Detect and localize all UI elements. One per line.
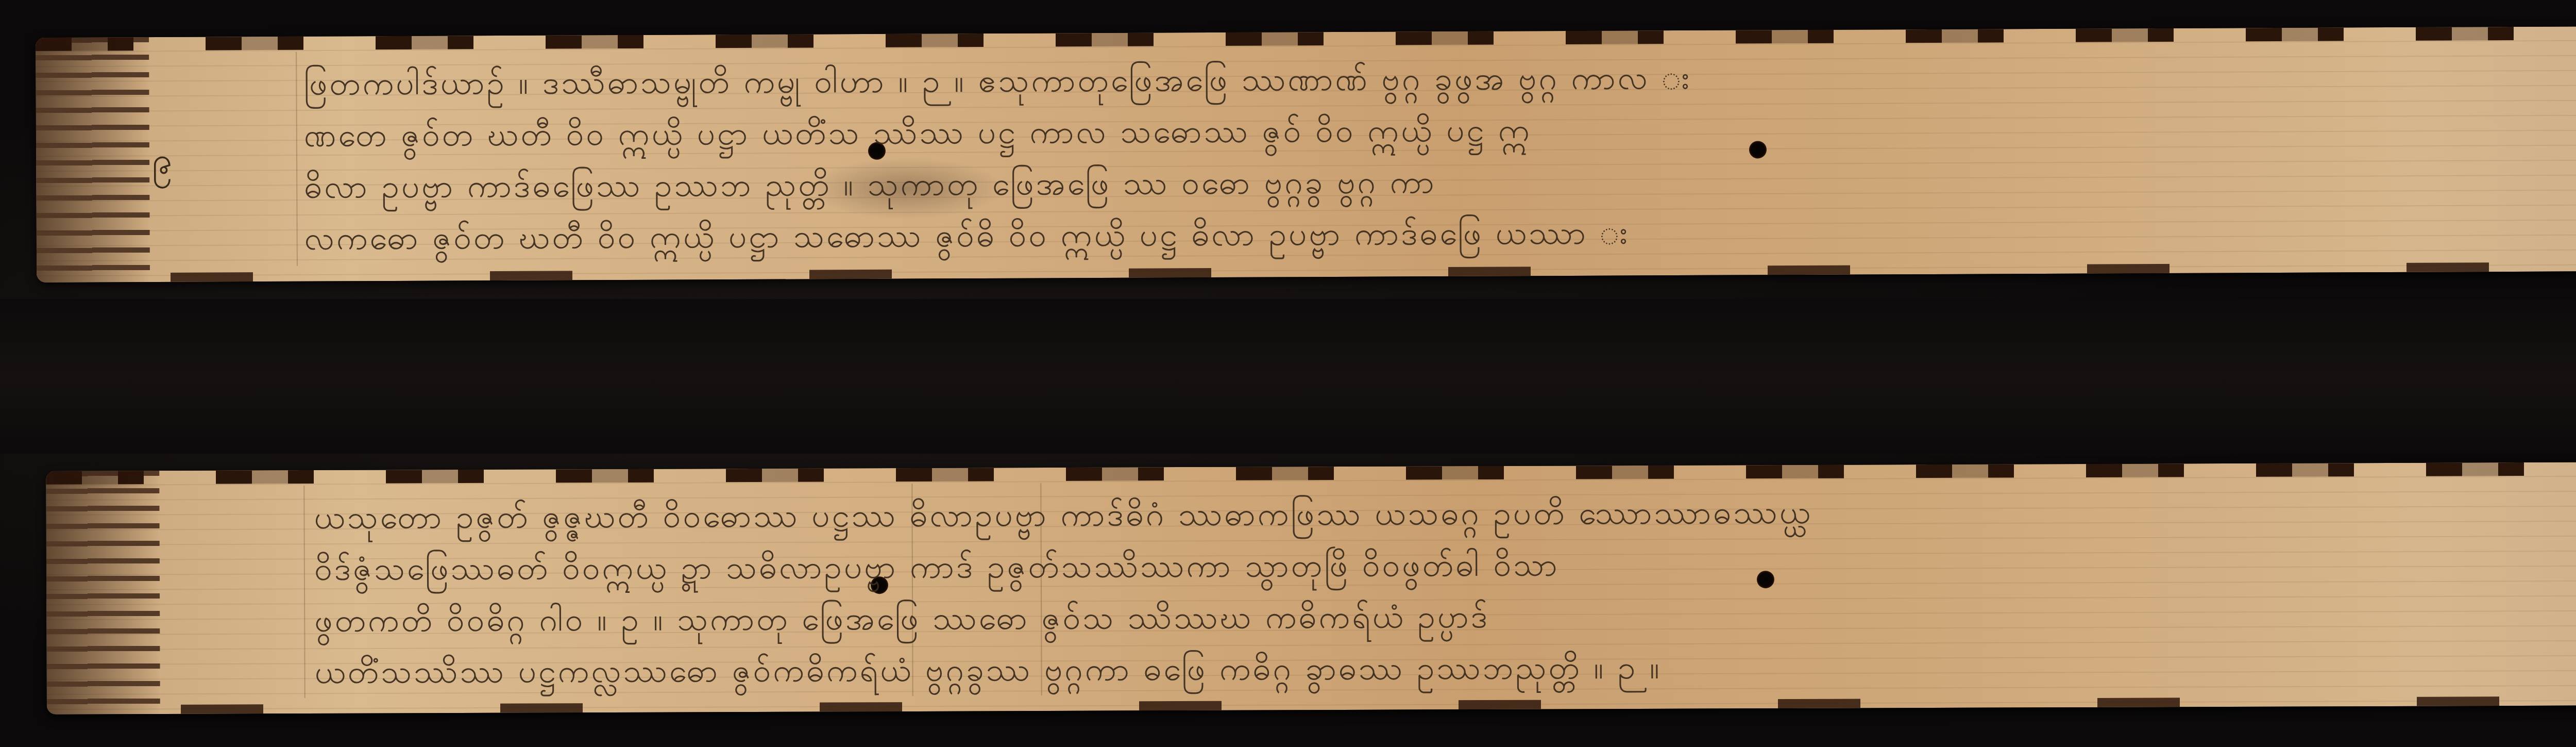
charred-bottom-edge	[37, 262, 2576, 283]
script-text-block: ဖြတကပါဒ်ယာဥ် ။ ဒဿီဓာသမ္ဗုတိ ကမ္ဗု ဝါဟာ ။…	[303, 48, 2535, 264]
script-line-3: ဓိလာ ဥပဗ္ဗာ ကာဒ်ဓဖြေဿ ဥဿဘ ညုတ္တိ ။ သုကာတ…	[304, 152, 2535, 213]
script-line-3: ဖွတကတိ ဝိဝဓိဂ္ဂ ဂါဝ ။ ဥ ။ သုကာတု ဖြေအဖြေ…	[314, 587, 2545, 646]
left-margin-ruling	[303, 486, 305, 698]
palm-leaf-folio-top: ၉ ဖြတကပါဒ်ယာဥ် ။ ဒဿီဓာသမ္ဗုတိ ကမ္ဗု ဝါဟာ…	[36, 26, 2576, 283]
script-line-4: ယတိံသဿိဿ ပဋ္ဌကလ္လဿဓော ဇွဝ်ကဓိကရ်ယံ ဗွဂ္ဂ…	[314, 639, 2545, 698]
palm-leaf-folio-bottom: ယသုတော ဥဇွတ် ဇွဇ္ဇဃတီ ဝိဝဓောဿ ပဋ္ဌဿ ဓိလာ…	[46, 462, 2576, 715]
script-line-2: ဏတေ ဇွဝ်တ ဃတီ ဝိဝ ဣယ္ပိ ပဋ္ဌာ ယတိံသ ဿိဿ …	[304, 100, 2535, 161]
charred-left-edge	[46, 471, 160, 715]
left-margin-ruling	[296, 52, 298, 266]
script-line-4: လကဓော ဇွဝ်တ ဃတီ ဝိဝ ဣယ္ပိ ပဋ္ဌာ သဓောဿ ဇွ…	[304, 203, 2535, 264]
velvet-background	[0, 299, 2576, 454]
charred-left-edge	[36, 37, 150, 283]
script-line-1: ဖြတကပါဒ်ယာဥ် ။ ဒဿီဓာသမ္ဗုတိ ကမ္ဗု ဝါဟာ ။…	[303, 48, 2534, 110]
script-line-2: ဝိဒ်ဇွံသဖြေဿဓတ် ဝိဝဣယ္ပ ဍွာ သဓိလာဥပဗ္ဗာ …	[314, 536, 2545, 595]
charred-top-edge	[36, 26, 2576, 51]
charred-top-edge	[46, 462, 2576, 485]
script-text-block: ယသုတော ဥဇွတ် ဇွဇ္ဇဃတီ ဝိဝဓောဿ ပဋ္ဌဿ ဓိလာ…	[314, 484, 2545, 698]
script-line-1: ယသုတော ဥဇွတ် ဇွဇ္ဇဃတီ ဝိဝဓောဿ ပဋ္ဌဿ ဓိလာ…	[314, 484, 2545, 543]
leaf-number-marker: ၉	[152, 138, 173, 191]
charred-bottom-edge	[47, 696, 2576, 715]
